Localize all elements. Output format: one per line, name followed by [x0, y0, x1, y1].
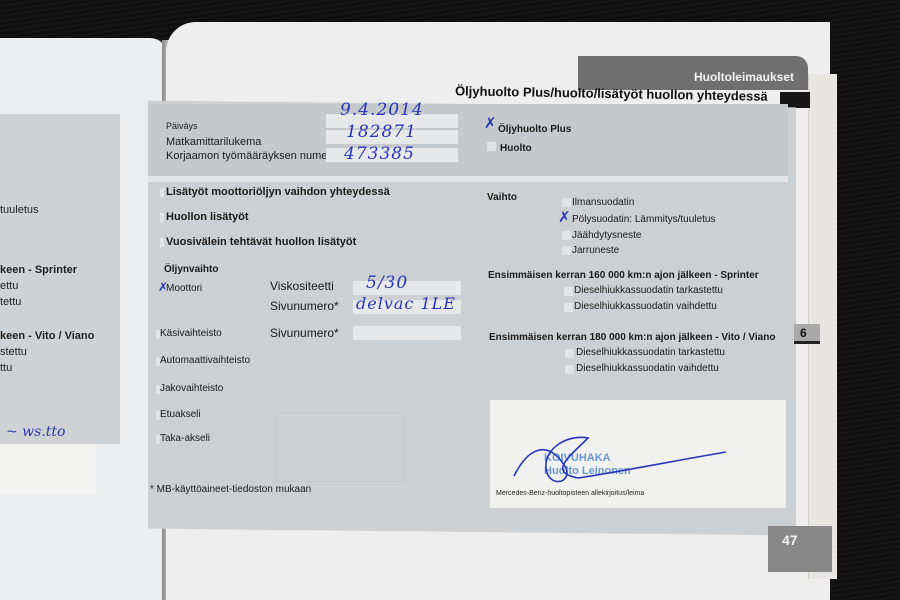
oil-item-label: Taka-akseli — [160, 433, 210, 444]
replacement-heading: Vaihto — [487, 192, 517, 203]
sprinter-item-label: Dieselhiukkassuodatin vaihdettu — [574, 301, 717, 312]
section-number: 6 — [800, 326, 807, 340]
service-option-label: Öljyhuolto Plus — [498, 124, 571, 135]
section-number-tab: 6 — [794, 324, 820, 342]
page-number-value: delvac 1LE — [356, 294, 456, 313]
oil-item-label: Moottori — [166, 283, 202, 294]
signature-caption: Mercedes-Benz-huoltopisteen allekirjoitu… — [496, 490, 644, 497]
odometer-value: 182871 — [346, 122, 417, 142]
page-number-field-2[interactable] — [353, 326, 461, 340]
left-signature-box — [0, 444, 96, 494]
additional-work-label: Huollon lisätyöt — [166, 211, 249, 223]
vito-item-label: Dieselhiukkassuodatin tarkastettu — [576, 347, 725, 358]
checkbox[interactable] — [160, 238, 164, 247]
date-value: 9.4.2014 — [340, 100, 424, 120]
left-handwriting: ~ ws.tto — [6, 424, 65, 440]
checkbox[interactable] — [160, 213, 164, 222]
checkbox[interactable] — [562, 198, 571, 207]
check-mark-icon: ✗ — [484, 114, 497, 132]
work-order-value: 473385 — [344, 144, 415, 164]
vito-heading: Ensimmäisen kerran 180 000 km:n ajon jäl… — [489, 332, 775, 343]
service-checkbox[interactable] — [487, 142, 496, 151]
replacement-item-label: Jarruneste — [572, 245, 619, 256]
left-heading: keen - Sprinter — [0, 264, 77, 276]
additional-work-label: Vuosivälein tehtävät huollon lisätyöt — [166, 236, 356, 248]
left-text: ettu — [0, 280, 18, 292]
left-text: tettu — [0, 296, 21, 308]
section-header-tab: Huoltoleimaukset — [578, 56, 808, 90]
checkbox[interactable] — [160, 188, 164, 197]
section-header-label: Huoltoleimaukset — [694, 70, 794, 84]
oil-item-label: Käsivaihteisto — [160, 328, 222, 339]
replacement-item-label: Pölysuodatin: Lämmitys/tuuletus — [572, 214, 715, 225]
sprinter-item-label: Dieselhiukkassuodatin tarkastettu — [574, 285, 723, 296]
check-mark-icon: ✗ — [558, 208, 571, 226]
vito-item-label: Dieselhiukkassuodatin vaihdettu — [576, 363, 719, 374]
left-text: tuuletus — [0, 204, 39, 216]
section-divider — [148, 176, 788, 182]
oil-item-label: Automaattivaihteisto — [160, 355, 250, 366]
left-text: ttu — [0, 362, 12, 374]
signature-box[interactable]: KOIVUHAKA Huolto Leinonen Mercedes-Benz-… — [490, 400, 786, 508]
oil-change-heading: Öljynvaihto — [164, 264, 218, 275]
checkbox[interactable] — [564, 303, 573, 312]
date-label: Päiväys — [166, 121, 198, 131]
checkbox[interactable] — [562, 246, 571, 255]
work-order-label: Korjaamon työmääräyksen numero — [166, 150, 337, 162]
additional-work-label: Lisätyöt moottoriöljyn vaihdon yhteydess… — [166, 186, 390, 198]
checkbox[interactable] — [565, 349, 574, 358]
viscosity-value: 5/30 — [366, 273, 408, 293]
viscosity-label: Viskositeetti — [270, 279, 334, 293]
left-heading: keen - Vito / Viano — [0, 330, 94, 342]
replacement-item-label: Ilmansuodatin — [572, 197, 634, 208]
page-number-box: 47 — [768, 526, 832, 572]
checkbox[interactable] — [564, 287, 573, 296]
footnote: * MB-käyttöaineet-tiedoston mukaan — [150, 484, 311, 495]
oil-item-label: Etuakseli — [160, 409, 201, 420]
left-text: stettu — [0, 346, 27, 358]
oil-item-label: Jakovaihteisto — [160, 383, 223, 394]
service-option-label: Huolto — [500, 143, 532, 154]
left-page: tuuletus keen - Sprinter ettu tettu keen… — [0, 38, 168, 600]
page-number-label-2: Sivunumero* — [270, 326, 339, 340]
faded-stamp — [276, 412, 404, 482]
replacement-item-label: Jäähdytysneste — [572, 230, 642, 241]
odometer-label: Matkamittarilukema — [166, 136, 261, 148]
left-form-panel — [0, 114, 120, 444]
checkbox[interactable] — [562, 231, 571, 240]
section-tab-bar — [794, 341, 820, 344]
checkbox[interactable] — [565, 365, 574, 374]
signature-scribble — [508, 428, 728, 488]
page-number: 47 — [782, 532, 798, 548]
sprinter-heading: Ensimmäisen kerran 160 000 km:n ajon jäl… — [488, 270, 759, 281]
page-number-label: Sivunumero* — [270, 299, 339, 313]
